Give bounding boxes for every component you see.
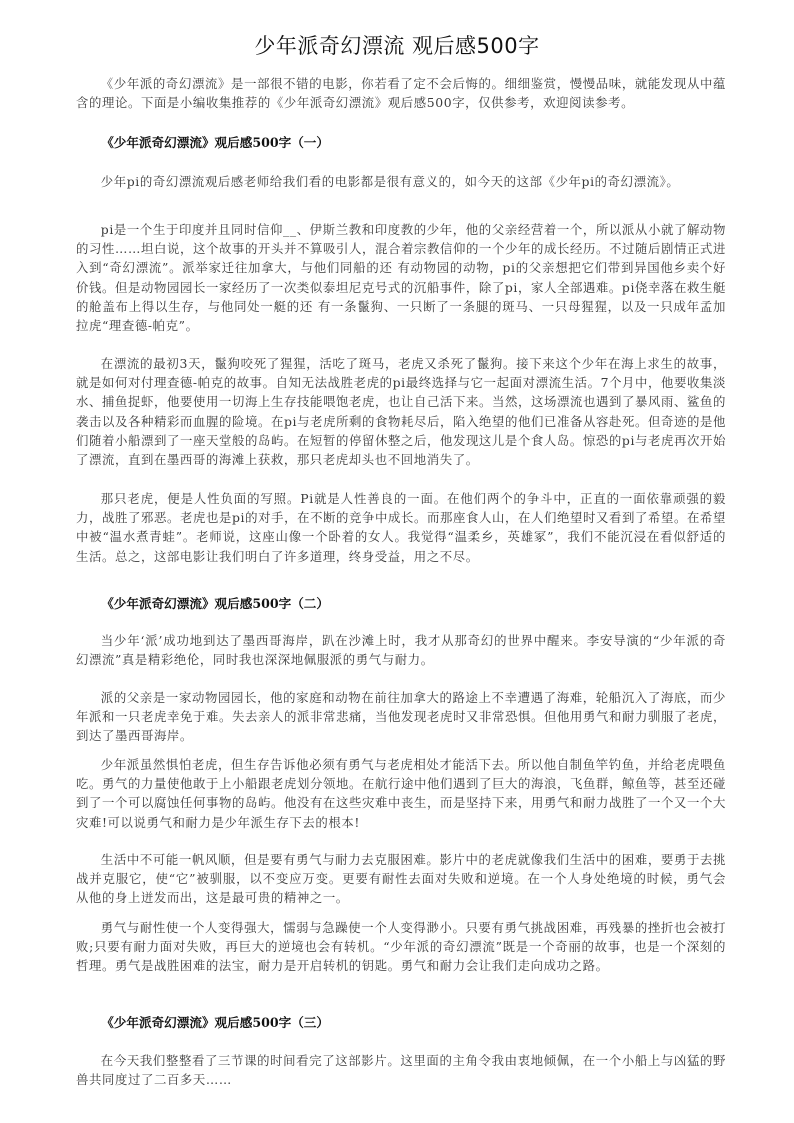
section-heading-2: 《少年派奇幻漂流》观后感500字（二）: [76, 594, 751, 613]
section-2-paragraph-2: 派的父亲是一家动物园园长，他的家庭和动物在前往加拿大的路途上不幸遭遇了海难，轮船…: [76, 688, 726, 746]
section-heading-1: 《少年派奇幻漂流》观后感500字（一）: [76, 133, 751, 152]
section-2-paragraph-5: 勇气与耐性使一个人变得强大，懦弱与急躁使一个人变得渺小。只要有勇气挑战困难，再残…: [76, 918, 726, 976]
section-2-paragraph-1: 当少年‘派’成功地到达了墨西哥海岸，趴在沙滩上时，我才从那奇幻的世界中醒来。李安…: [76, 631, 726, 669]
section-1-paragraph-1: 少年pi的奇幻漂流观后感老师给我们看的电影都是很有意义的，如今天的这部《少年pi…: [76, 172, 726, 191]
section-2-paragraph-4: 生活中不可能一帆风顺，但是要有勇气与耐力去克服困难。影片中的老虎就像我们生活中的…: [76, 850, 726, 908]
section-1-paragraph-2: pi是一个生于印度并且同时信仰__、伊斯兰教和印度教的少年，他的父亲经营着一个，…: [76, 220, 726, 335]
section-1-paragraph-3: 在漂流的最初3天，鬣狗咬死了猩猩，活吃了斑马，老虎又杀死了鬣狗。接下来这个少年在…: [76, 354, 726, 469]
section-2-paragraph-3: 少年派虽然惧怕老虎，但生存告诉他必须有勇气与老虎相处才能活下去。所以他自制鱼竿钓…: [76, 755, 726, 832]
intro-paragraph: 《少年派的奇幻漂流》是一部很不错的电影，你若看了定不会后悔的。细细鉴赏，慢慢品味…: [76, 74, 726, 112]
section-3-paragraph-1: 在今天我们整整看了三节课的时间看完了这部影片。这里面的主角令我由衷地倾佩，在一个…: [76, 1051, 726, 1089]
section-1-paragraph-4: 那只老虎，便是人性负面的写照。Pi就是人性善良的一面。在他们两个的争斗中，正直的…: [76, 489, 726, 566]
document-title: 少年派奇幻漂流 观后感500字: [0, 30, 794, 60]
section-heading-3: 《少年派奇幻漂流》观后感500字（三）: [76, 1013, 751, 1032]
